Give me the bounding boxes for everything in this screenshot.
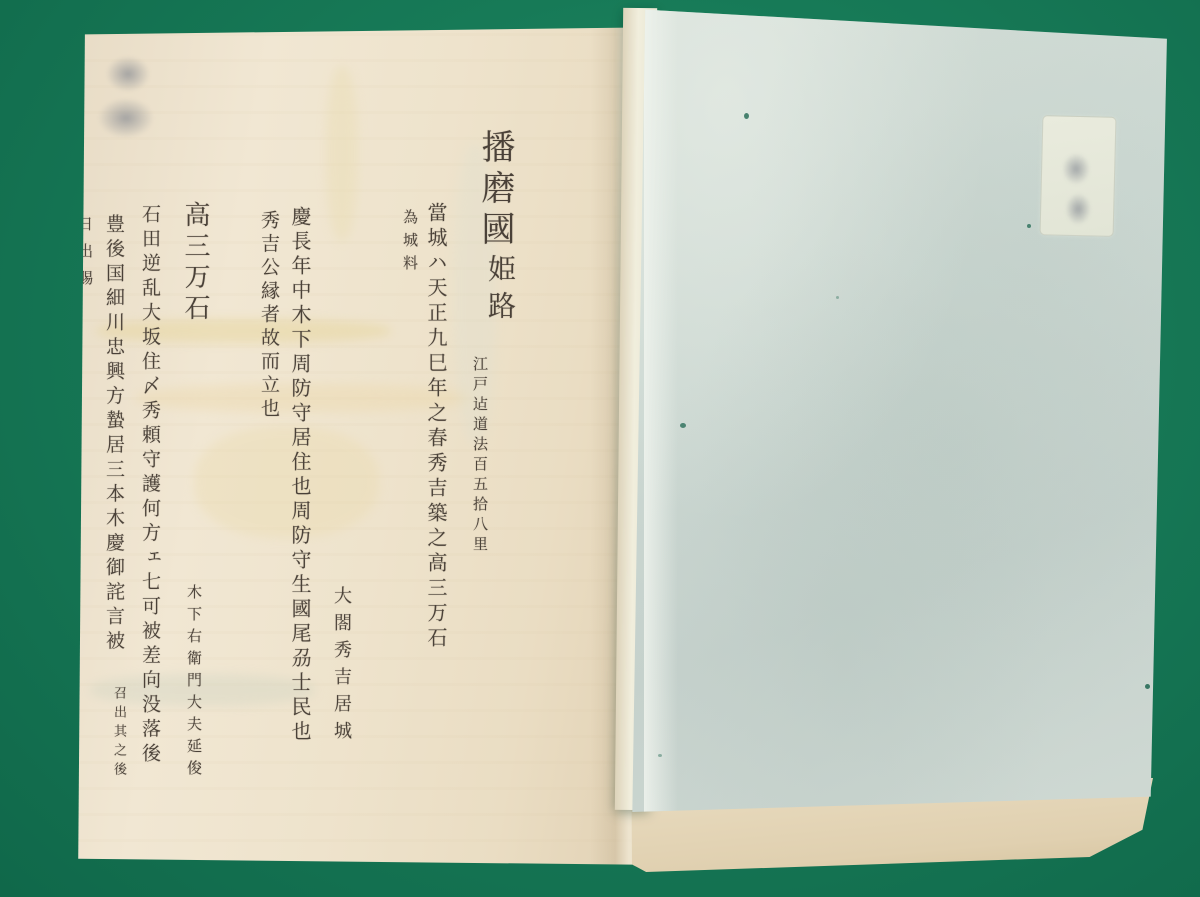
text-column-ishida-account: 石田逆乱大坂住〆秀頼守護何方ェ七可被差向没落後 [140,204,159,768]
left-page: 播磨國 姫路 江戸迠道法百五拾八里 當城ハ天正九巳年之春秀吉築之高三万石 為城料… [76,26,632,868]
manuscript-photo: 播磨國 姫路 江戸迠道法百五拾八里 當城ハ天正九巳年之春秀吉築之高三万石 為城料… [0,0,1200,897]
text-column-summon-note: 召出其之後 [112,686,125,781]
text-column-keicho-residence: 慶長年中木下周防守居住也周防守生國尾刕士民也 [290,206,310,745]
paper-speck [658,754,662,757]
text-column-edo-distance: 江戸迠道法百五拾八里 [472,356,487,556]
text-column-koku-heading: 高三万石 [182,201,208,325]
paper-speck [1145,684,1150,689]
paper-speck [680,423,686,428]
bleedthrough-mark [194,426,379,538]
bleedthrough-glyphs [106,56,150,92]
text-column-city-title: 姫路 [486,254,514,328]
text-column-hideyoshi-relation: 秀吉公縁者故而立也 [259,210,278,422]
bleedthrough-glyphs [98,98,154,138]
text-column-castle-founding: 當城ハ天正九巳年之春秀吉築之高三万石 [426,202,446,652]
paper-speck [1027,224,1031,228]
label-faint-marks [1062,153,1091,186]
bleedthrough-mark [326,66,358,241]
paper-label [1040,115,1117,237]
text-column-kinoshita-name: 木下右衛門大夫延俊 [186,584,201,782]
label-faint-marks [1065,193,1092,226]
paper-speck [744,113,749,119]
text-column-province-title: 播磨國 [478,129,512,252]
text-column-castle-note: 為城料 [402,209,417,278]
text-column-hiji-grant: 日出賜 [77,216,92,297]
paper-speck [836,296,839,299]
text-column-taiko-note: 大閤秀吉居城 [332,586,350,748]
text-column-bungo-exile: 豊後国細川忠興方蟄居三本木慶御詫言被 [104,214,123,655]
